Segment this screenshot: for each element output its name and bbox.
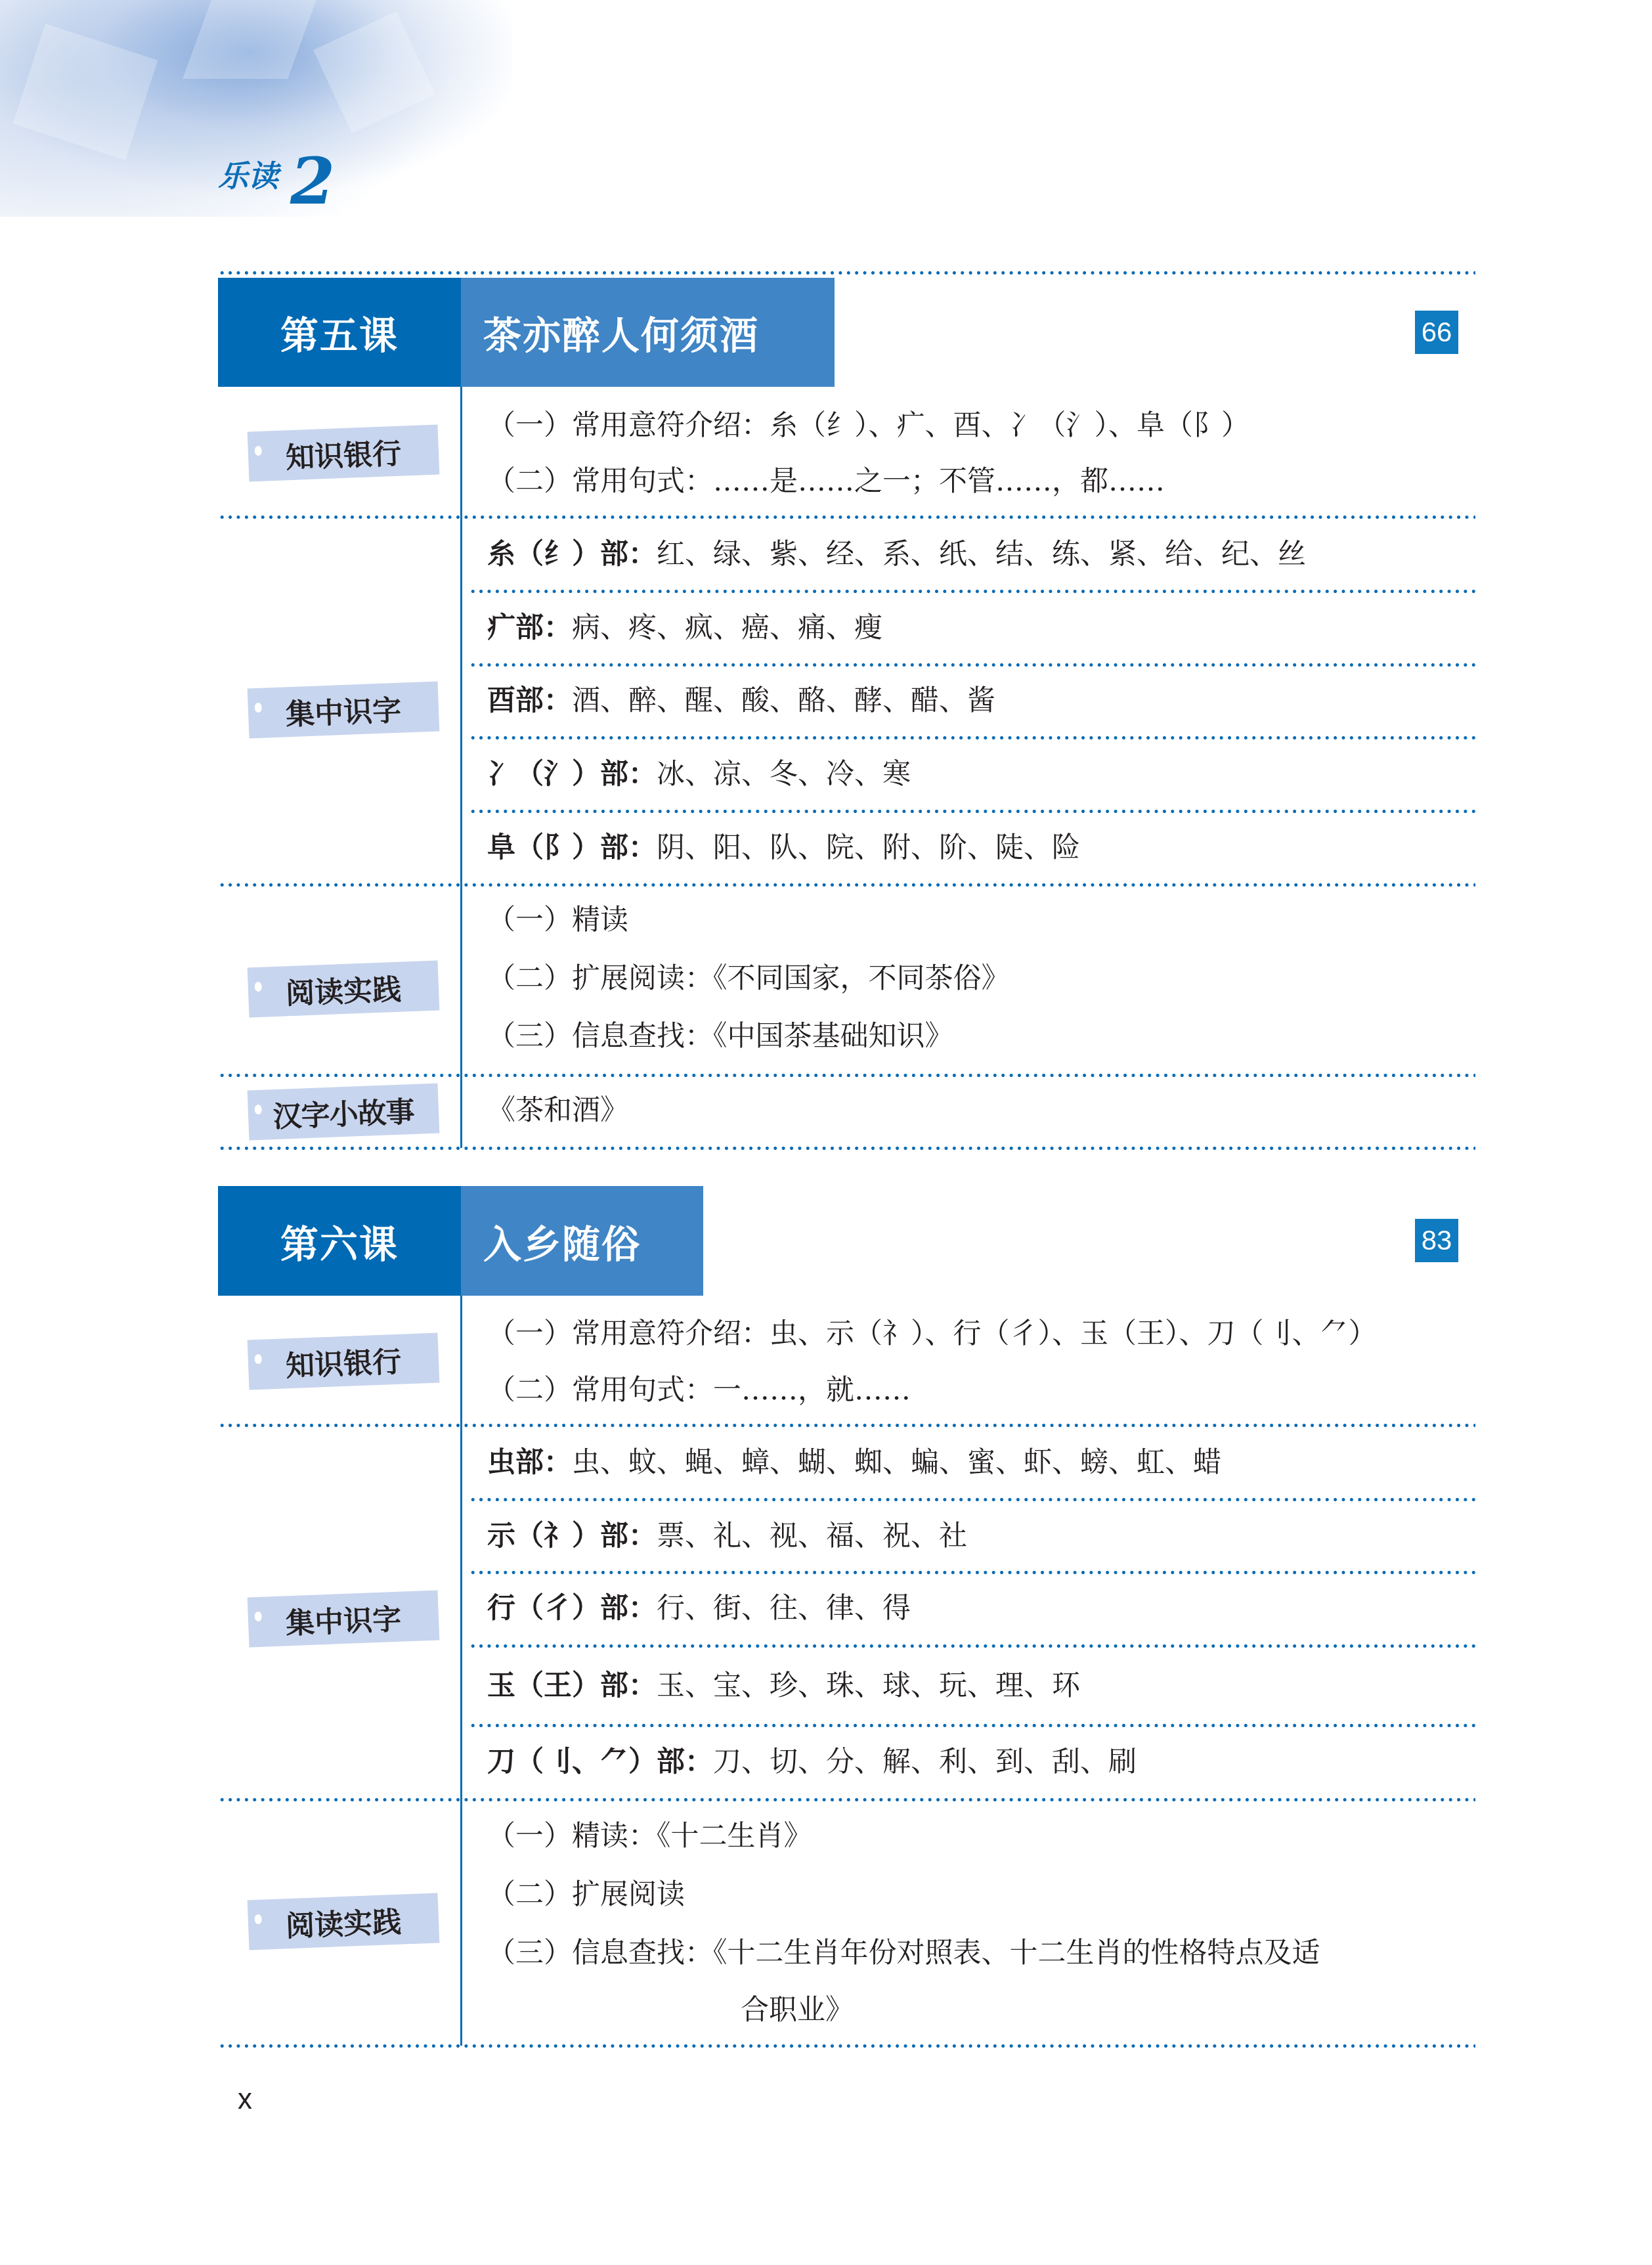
row-rule xyxy=(469,1498,1475,1501)
row-rule xyxy=(469,736,1475,739)
tag-reading-practice: 阅读实践 xyxy=(248,960,440,1017)
radical-label: 玉（王）部： xyxy=(487,1669,657,1702)
radical-label: 冫（氵）部： xyxy=(487,758,657,791)
reading-item: （二）扩展阅读：《不同国家，不同茶俗》 xyxy=(487,965,1010,993)
radical-chars: 刀、切、分、解、利、到、刮、刷 xyxy=(713,1746,1137,1778)
radical-row: 酉部：酒、醉、醒、酸、酪、酵、醋、酱 xyxy=(487,687,995,715)
lesson-number: 第六课 xyxy=(218,1186,461,1296)
radical-label: 疒部： xyxy=(487,611,572,644)
knowledge-item: （一）常用意符介绍：虫、示（礻）、行（彳）、玉（王）、刀（刂、⺈） xyxy=(487,1320,1377,1348)
book-number: 2 xyxy=(290,150,335,214)
tag-knowledge-bank: 知识银行 xyxy=(248,424,440,481)
radical-chars: 虫、蚊、蝇、蟑、蝴、蜘、蝙、蜜、虾、螃、虹、蜡 xyxy=(572,1446,1221,1479)
radical-label: 酉部： xyxy=(487,684,572,717)
reading-item: （一）精读 xyxy=(487,906,628,935)
section-rule xyxy=(218,1074,1475,1077)
radical-row: 疒部：病、疼、疯、癌、痛、瘦 xyxy=(487,614,882,642)
story-title: 《茶和酒》 xyxy=(487,1097,628,1125)
page-folio: x xyxy=(238,2083,252,2116)
tag-reading-practice: 阅读实践 xyxy=(248,1893,440,1950)
reading-item: （三）信息查找：《中国茶基础知识》 xyxy=(487,1023,953,1051)
radical-row: 行（彳）部：行、街、往、律、得 xyxy=(487,1594,911,1623)
radical-chars: 红、绿、紫、经、系、纸、结、练、紧、给、纪、丝 xyxy=(657,538,1306,571)
radical-row: 冫（氵）部：冰、凉、冬、冷、寒 xyxy=(487,760,911,789)
book-name: 乐读 xyxy=(218,152,278,196)
radical-row: 刀（刂、⺈）部：刀、切、分、解、利、到、刮、刷 xyxy=(487,1748,1137,1776)
section-rule xyxy=(218,516,1475,519)
reading-item: （三）信息查找：《十二生肖年份对照表、十二生肖的性格特点及适 xyxy=(487,1939,1320,1968)
page-number-badge[interactable]: 66 xyxy=(1415,311,1458,354)
reading-item-continued: 合职业》 xyxy=(741,1996,854,2025)
section-rule xyxy=(218,1798,1475,1801)
radical-chars: 酒、醉、醒、酸、酪、酵、醋、酱 xyxy=(572,684,995,717)
radical-chars: 病、疼、疯、癌、痛、瘦 xyxy=(572,611,882,644)
column-divider xyxy=(460,1296,462,2046)
reading-item: （一）精读：《十二生肖》 xyxy=(487,1822,812,1851)
section-rule xyxy=(218,2044,1475,2048)
row-rule xyxy=(469,1644,1475,1648)
radical-label: 糸（纟）部： xyxy=(487,538,657,571)
row-rule xyxy=(469,810,1475,813)
radical-label: 虫部： xyxy=(487,1446,572,1479)
column-divider xyxy=(460,387,462,1148)
lesson-number: 第五课 xyxy=(218,278,461,387)
tag-character-study: 集中识字 xyxy=(248,681,440,738)
radical-row: 玉（王）部：玉、宝、珍、珠、球、玩、理、环 xyxy=(487,1672,1080,1700)
radical-label: 示（礻）部： xyxy=(487,1520,657,1552)
lesson-title: 茶亦醉人何须酒 xyxy=(461,278,835,387)
radical-row: 阜（阝）部：阴、阳、队、院、附、阶、陡、险 xyxy=(487,834,1080,862)
radical-label: 行（彳）部： xyxy=(487,1592,657,1625)
radical-chars: 票、礼、视、福、祝、社 xyxy=(657,1520,967,1552)
section-rule xyxy=(218,1424,1475,1427)
radical-chars: 冰、凉、冬、冷、寒 xyxy=(657,758,911,791)
page-number-badge[interactable]: 83 xyxy=(1415,1219,1458,1262)
radical-chars: 玉、宝、珍、珠、球、玩、理、环 xyxy=(657,1669,1080,1702)
knowledge-item: （一）常用意符介绍：糸（纟）、疒、酉、冫（氵）、阜（阝） xyxy=(487,412,1250,440)
reading-item: （二）扩展阅读 xyxy=(487,1881,685,1909)
rule-top xyxy=(218,271,1475,275)
knowledge-item: （二）常用句式：……是……之一；不管……，都…… xyxy=(487,468,1165,496)
radical-label: 刀（刂、⺈）部： xyxy=(487,1746,713,1778)
row-rule xyxy=(469,1571,1475,1574)
radical-row: 示（礻）部：票、礼、视、福、祝、社 xyxy=(487,1522,967,1550)
knowledge-item: （二）常用句式：一……，就…… xyxy=(487,1376,911,1405)
section-rule xyxy=(218,883,1475,887)
lesson-title: 入乡随俗 xyxy=(461,1186,703,1296)
row-rule xyxy=(469,590,1475,593)
tag-character-story: 汉字小故事 xyxy=(248,1083,440,1140)
radical-row: 糸（纟）部：红、绿、紫、经、系、纸、结、练、紧、给、纪、丝 xyxy=(487,540,1306,569)
section-rule xyxy=(218,1147,1475,1150)
radical-chars: 阴、阳、队、院、附、阶、陡、险 xyxy=(657,831,1080,864)
row-rule xyxy=(469,1724,1475,1727)
radical-chars: 行、街、往、律、得 xyxy=(657,1592,911,1625)
radical-label: 阜（阝）部： xyxy=(487,831,657,864)
tag-character-study: 集中识字 xyxy=(248,1590,440,1647)
tag-knowledge-bank: 知识银行 xyxy=(248,1332,440,1390)
radical-row: 虫部：虫、蚊、蝇、蟑、蝴、蜘、蝙、蜜、虾、螃、虹、蜡 xyxy=(487,1449,1221,1477)
row-rule xyxy=(469,663,1475,667)
